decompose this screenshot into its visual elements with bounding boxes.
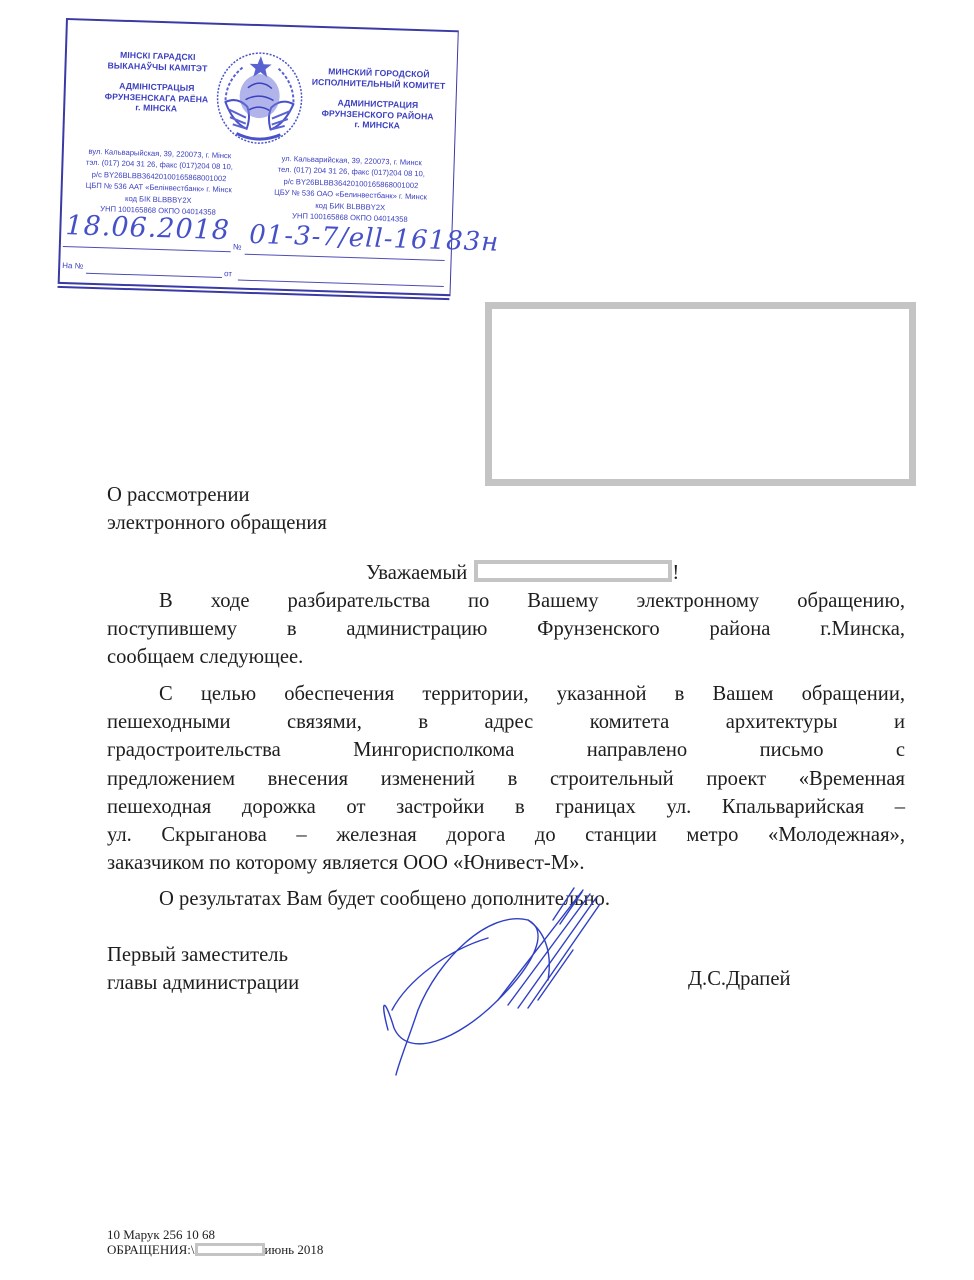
signatory-position: Первый заместитель главы администрации [107,941,299,997]
paragraph-line: пешеходная дорожка от застройки в границ… [107,793,905,821]
paragraph-line: В ходе разбирательства по Вашему электро… [107,587,905,615]
stamp-right-details: ул. Кальварийская, 39, 220073, г. Минск … [252,152,450,227]
recipient-address-redaction [485,302,916,486]
subject-line: О рассмотрении [107,481,327,509]
paragraph-line: предложением внесения изменений в строит… [107,765,905,793]
footer-reference-redaction [195,1243,265,1256]
footer-reference-prefix: ОБРАЩЕНИЯ:\ [107,1242,195,1257]
handwritten-signature [378,880,638,1080]
paragraph-line: заказчиком по которому является ООО «Юни… [107,849,905,877]
footer-executor-line: 10 Марук 256 10 68 [107,1227,323,1242]
stamp-number-label: № [233,242,242,251]
greeting-text: Уважаемый [366,562,467,584]
body-paragraph-2: С целью обеспечения территории, указанно… [107,680,905,877]
stamp-handwritten-date: 18.06.2018 [65,210,230,246]
paragraph-line: градостроительства Мингорисполкома напра… [107,736,905,764]
paragraph-line: пешеходными связями, в адрес комитета ар… [107,708,905,736]
footer-reference-suffix: июнь 2018 [265,1242,324,1257]
paragraph-line: С целью обеспечения территории, указанно… [107,680,905,708]
stamp-left-header: МІНСКІ ГАРАДСКІ ВЫКАНАЎЧЫ КАМІТЭТ АДМІНІ… [81,49,233,116]
position-line: главы администрации [107,969,299,997]
paragraph-line: сообщаем следующее. [107,643,905,671]
letter-subject: О рассмотрении электронного обращения [107,481,327,537]
greeting-punctuation: ! [672,562,679,584]
paragraph-line: ул. Скрыганова – железная дорога до стан… [107,821,905,849]
position-line: Первый заместитель [107,941,299,969]
coat-of-arms-emblem [212,47,307,148]
subject-line: электронного обращения [107,509,327,537]
paragraph-line: поступившему в администрацию Фрунзенског… [107,615,905,643]
footer-reference-line: ОБРАЩЕНИЯ:\июнь 2018 [107,1242,323,1257]
greeting: Уважаемый ! [366,559,679,587]
body-paragraph-1: В ходе разбирательства по Вашему электро… [107,587,905,672]
signatory-name: Д.С.Драпей [688,965,790,993]
recipient-name-redaction [474,560,672,582]
document-footer: 10 Марук 256 10 68 ОБРАЩЕНИЯ:\июнь 2018 [107,1227,323,1257]
stamp-right-header: МИНСКИЙ ГОРОДСКОЙ ИСПОЛНИТЕЛЬНЫЙ КОМИТЕТ… [295,65,462,133]
stamp-from-label: от [224,269,232,278]
official-stamp: МІНСКІ ГАРАДСКІ ВЫКАНАЎЧЫ КАМІТЭТ АДМІНІ… [57,18,457,306]
stamp-reply-to-label: На № [62,261,83,271]
stamp-left-details: вул. Кальварыйская, 39, 220073, г. Мінск… [64,145,254,219]
